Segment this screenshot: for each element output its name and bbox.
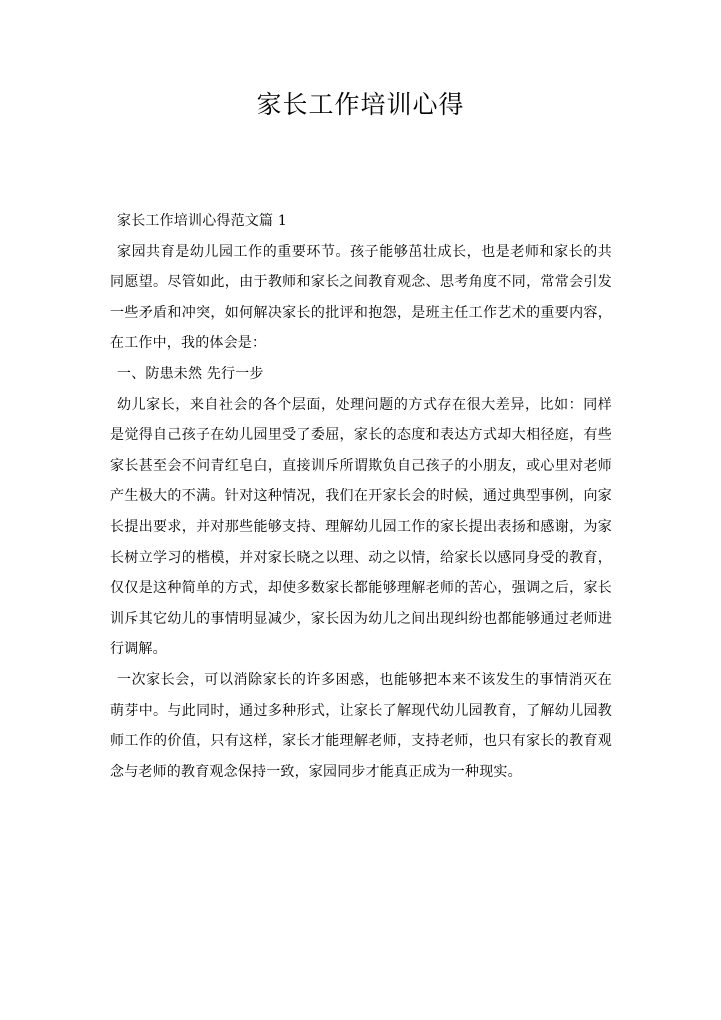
paragraph-line: 家长甚至会不问青红皂白，直接训斥所谓欺负自己孩子的小朋友，或心里对老师: [110, 451, 612, 482]
paragraph-line: 长树立学习的楷模，并对家长晓之以理、动之以情，给家长以感同身受的教育，: [110, 543, 612, 574]
paragraph-line: 幼儿家长，来自社会的各个层面，处理问题的方式存在很大差异，比如：同样: [110, 390, 612, 421]
paragraph-line: 在工作中，我的体会是：: [110, 328, 612, 359]
paragraph-line: 师工作的价值，只有这样，家长才能理解老师，支持老师，也只有家长的教育观: [110, 726, 612, 757]
paragraph-line: 训斥其它幼儿的事情明显减少，家长因为幼儿之间出现纠纷也都能够通过老师进: [110, 604, 612, 635]
paragraph-line: 仅仅是这种简单的方式，却使多数家长都能够理解老师的苦心，强调之后，家长: [110, 573, 612, 604]
subheading: 一、防患未然 先行一步: [110, 359, 612, 390]
paragraph-line: 行调解。: [110, 634, 612, 665]
paragraph-line: 长提出要求，并对那些能够支持、理解幼儿园工作的家长提出表扬和感谢，为家: [110, 512, 612, 543]
document-page: 家长工作培训心得 家长工作培训心得范文篇 1 家园共育是幼儿园工作的重要环节。孩…: [0, 0, 721, 1020]
document-title: 家长工作培训心得: [0, 88, 721, 122]
paragraph-line: 一次家长会，可以消除家长的许多困惑，也能够把本来不该发生的事情消灭在: [110, 665, 612, 696]
paragraph-line: 家园共育是幼儿园工作的重要环节。孩子能够茁壮成长，也是老师和家长的共: [110, 237, 612, 268]
paragraph-line: 是觉得自己孩子在幼儿园里受了委屈，家长的态度和表达方式却大相径庭，有些: [110, 420, 612, 451]
paragraph-line: 同愿望。尽管如此，由于教师和家长之间教育观念、思考角度不同，常常会引发: [110, 267, 612, 298]
section-heading: 家长工作培训心得范文篇 1: [110, 206, 612, 237]
paragraph-line: 念与老师的教育观念保持一致，家园同步才能真正成为一种现实。: [110, 757, 612, 788]
paragraph-line: 萌芽中。与此同时，通过多种形式，让家长了解现代幼儿园教育，了解幼儿园教: [110, 696, 612, 727]
paragraph-line: 一些矛盾和冲突，如何解决家长的批评和抱怨，是班主任工作艺术的重要内容，: [110, 298, 612, 329]
document-body: 家长工作培训心得范文篇 1 家园共育是幼儿园工作的重要环节。孩子能够茁壮成长，也…: [110, 206, 612, 787]
paragraph-line: 产生极大的不满。针对这种情况，我们在开家长会的时候，通过典型事例，向家: [110, 481, 612, 512]
